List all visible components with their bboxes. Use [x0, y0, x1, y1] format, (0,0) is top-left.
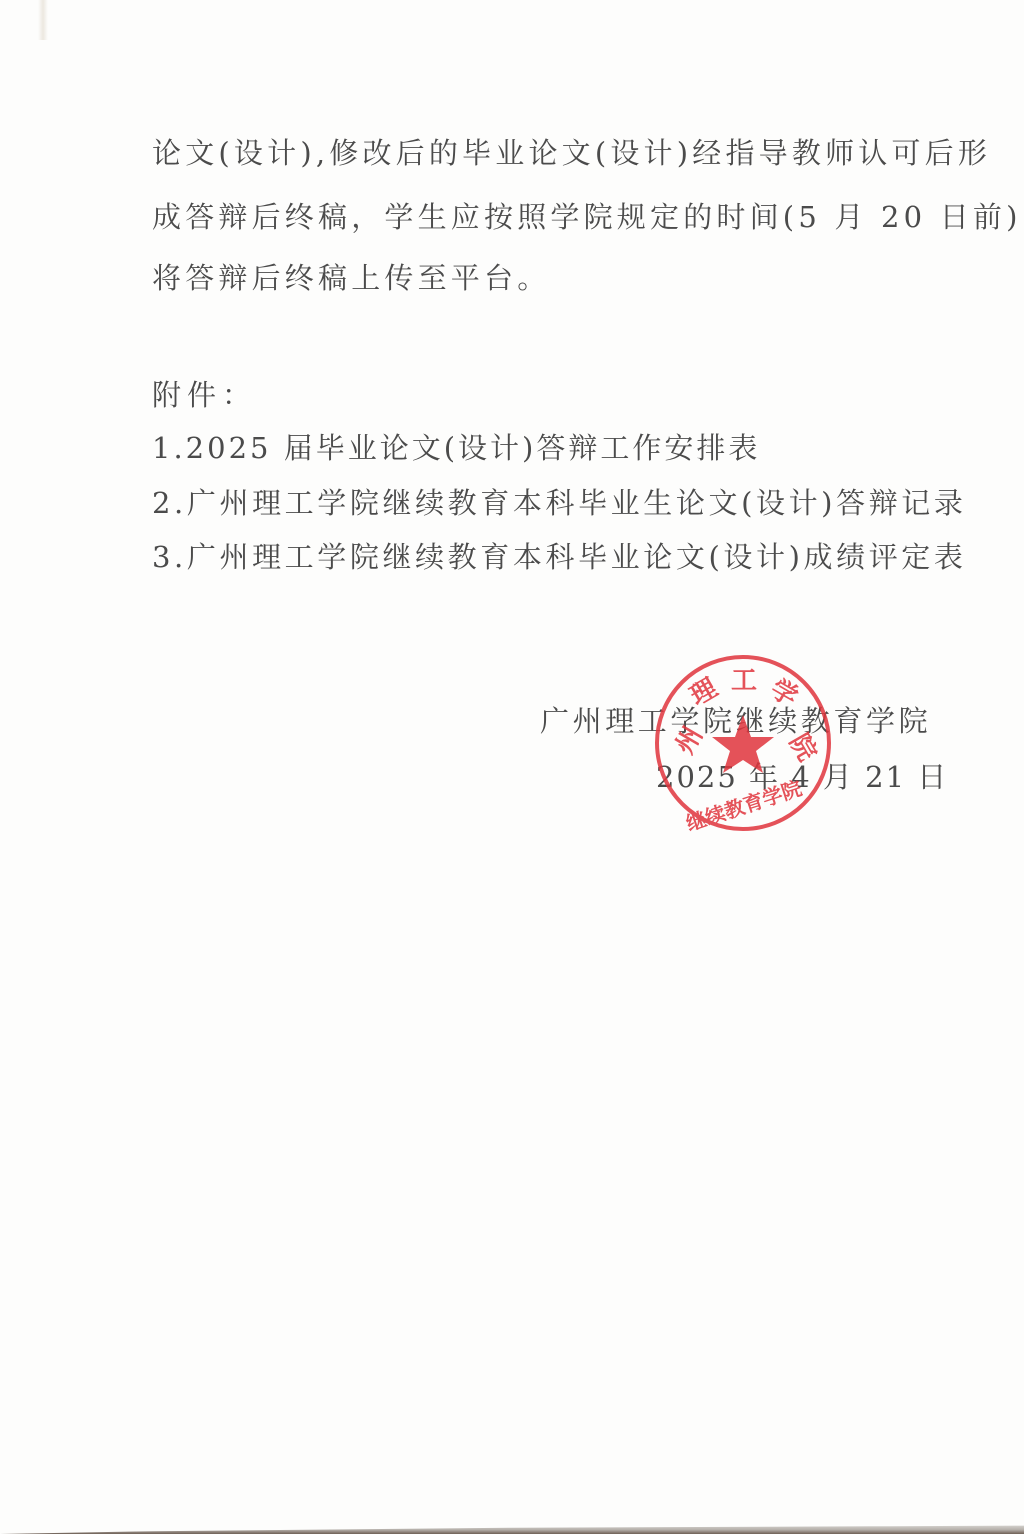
seal-char-3: 工	[731, 666, 757, 696]
page-shadow-left	[38, 0, 48, 40]
signature-organization: 广州理工学院继续教育学院	[540, 707, 931, 736]
attachment-item-1: 1.2025 届毕业论文(设计)答辩工作安排表	[152, 434, 760, 463]
signature-date: 2025 年 4 月 21 日	[656, 763, 948, 792]
seal-ring	[657, 657, 829, 829]
official-seal: 州 理 工 学 院 继续教育学院	[653, 653, 833, 833]
body-paragraph-line-1: 论文(设计),修改后的毕业论文(设计)经指导教师认可后形	[152, 139, 991, 168]
attachment-item-2: 2.广州理工学院继续教育本科毕业生论文(设计)答辩记录	[152, 489, 967, 518]
attachments-heading: 附件：	[152, 381, 257, 410]
body-paragraph-line-2: 成答辩后终稿，学生应按照学院规定的时间(5 月 20 日前)	[152, 203, 1022, 232]
body-paragraph-line-3: 将答辩后终稿上传至平台。	[152, 264, 550, 293]
page-bottom-edge	[0, 1520, 1024, 1534]
attachment-item-3: 3.广州理工学院继续教育本科毕业论文(设计)成绩评定表	[152, 543, 967, 572]
